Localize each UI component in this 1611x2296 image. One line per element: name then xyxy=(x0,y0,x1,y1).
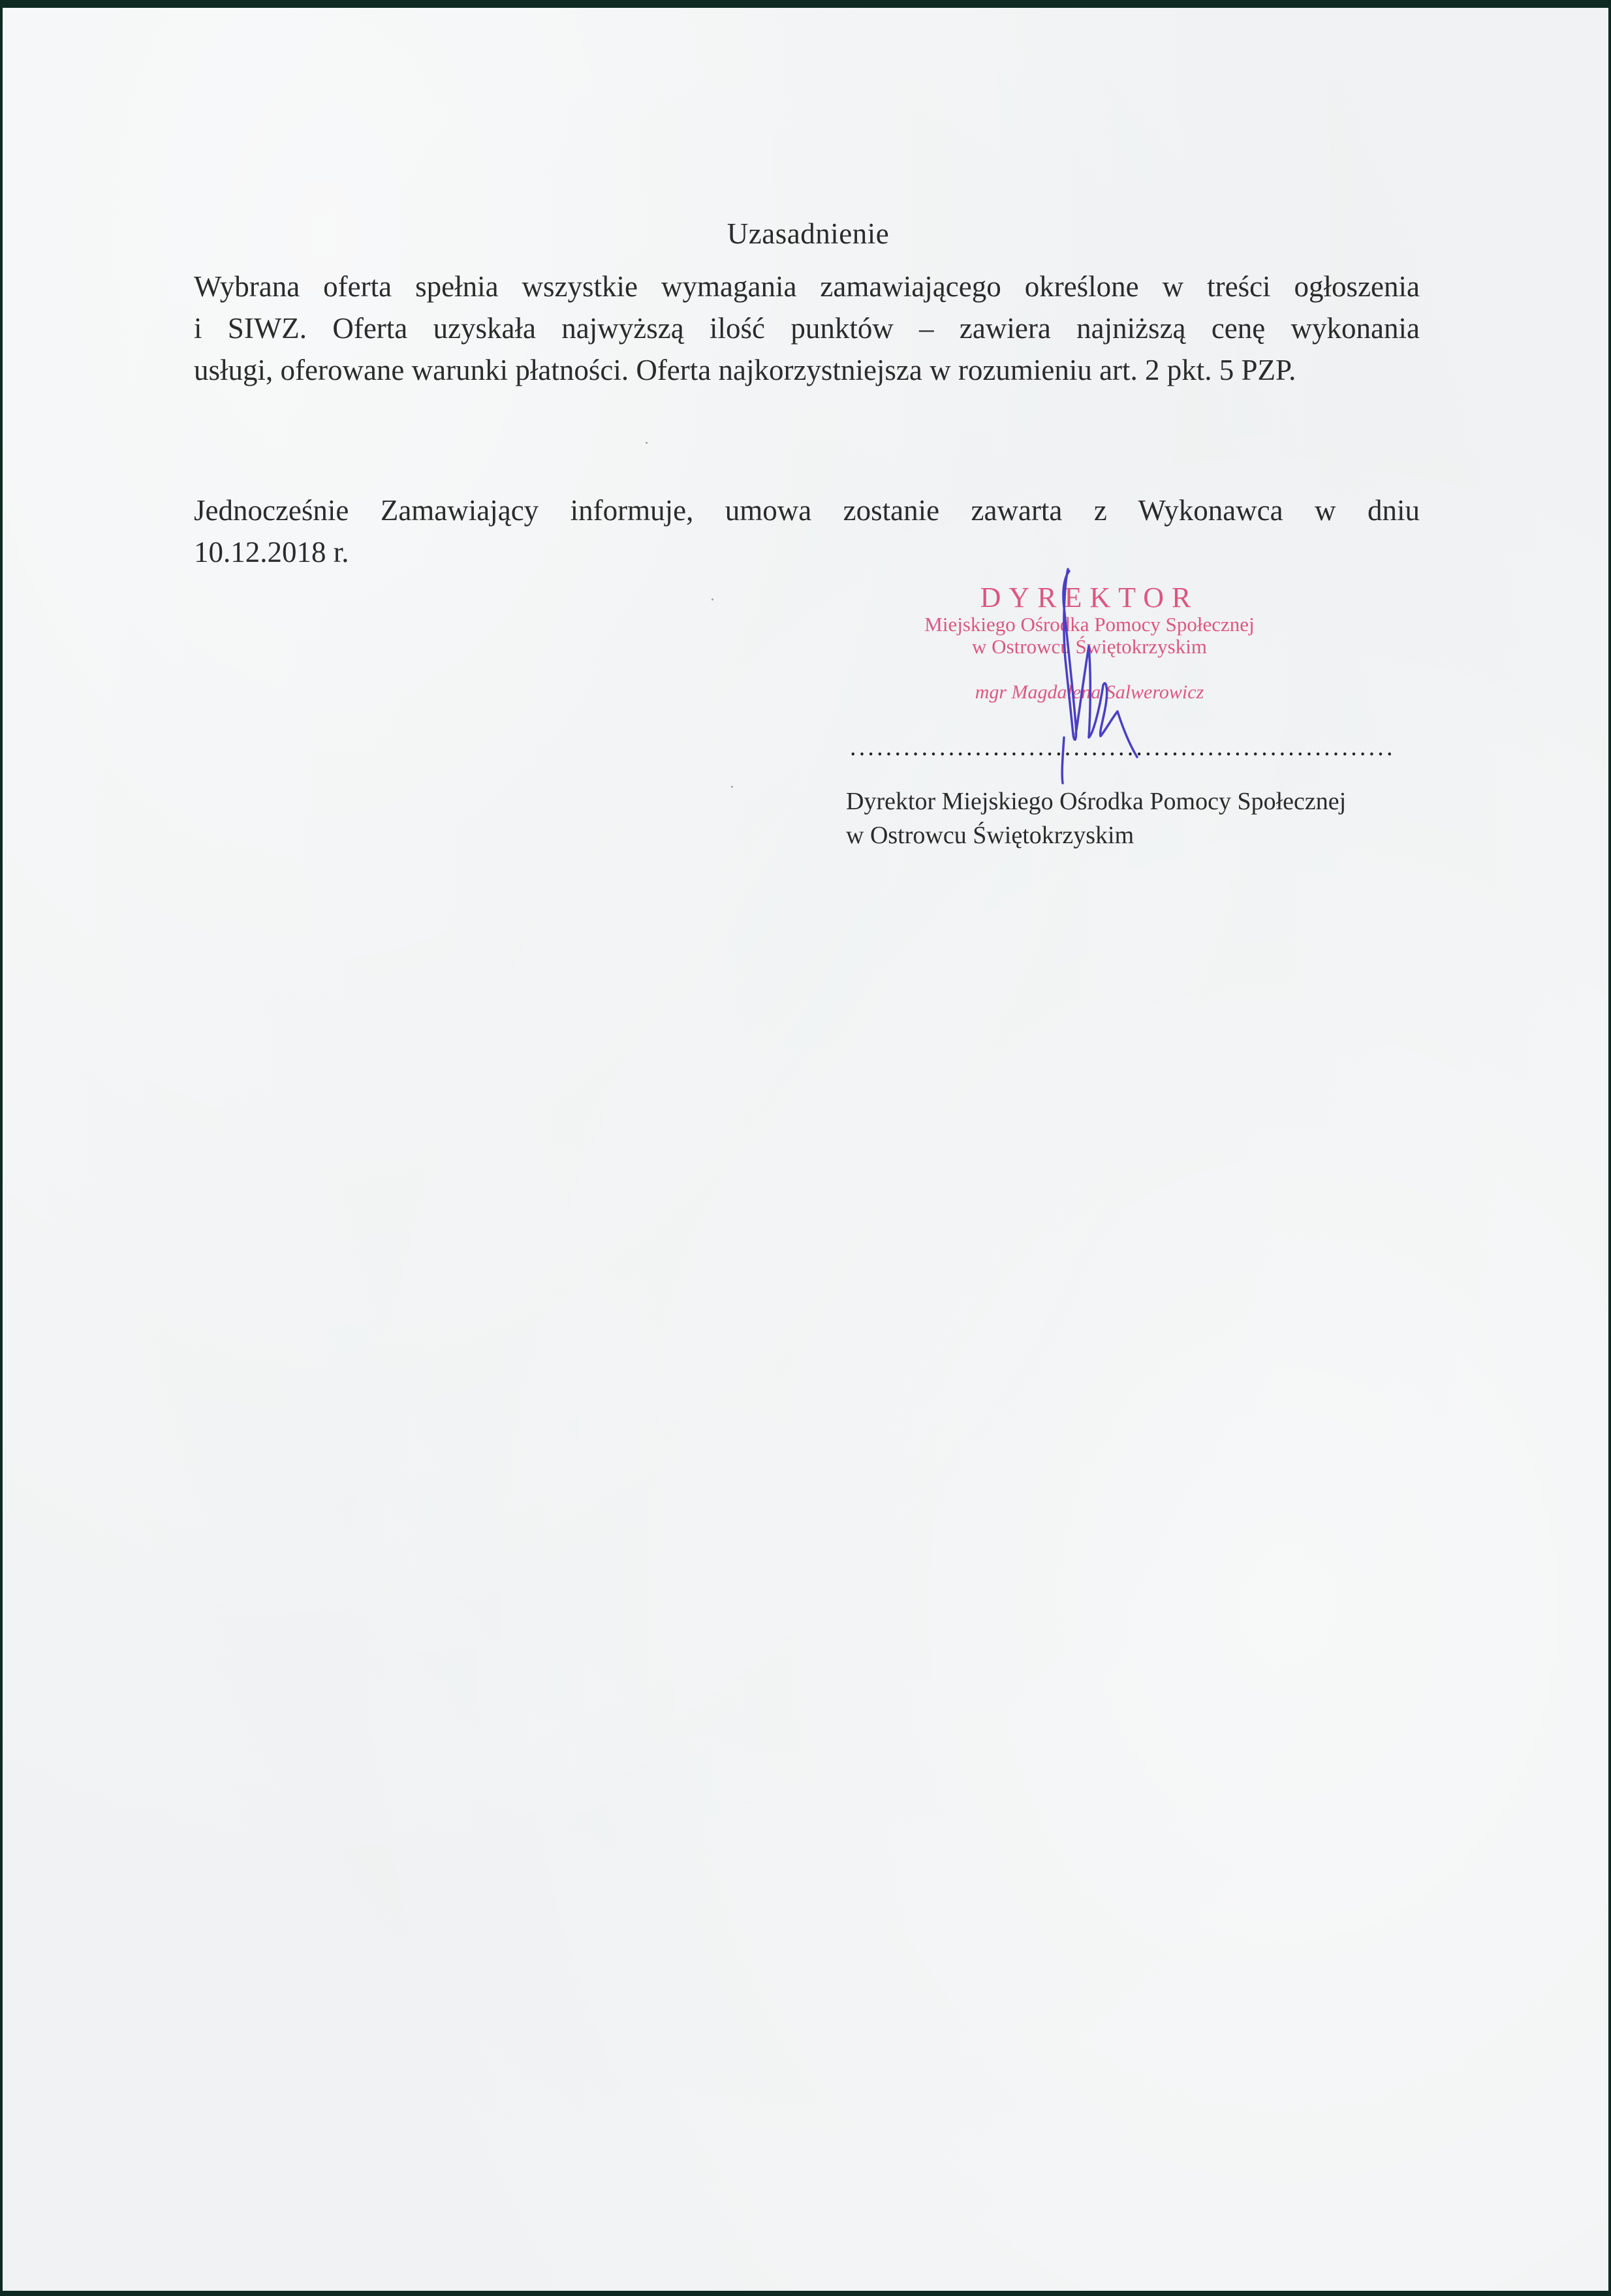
paragraph-line: Jednocześnie Zamawiający informuje, umow… xyxy=(194,489,1420,531)
signature-line: ........................................… xyxy=(850,737,1392,757)
stamp-institution: Miejskiego Ośrodka Pomocy Społecznej xyxy=(894,613,1285,636)
paragraph-line: 10.12.2018 r. xyxy=(194,531,1420,573)
contract-date-paragraph: Jednocześnie Zamawiający informuje, umow… xyxy=(194,489,1420,573)
stamp-name: mgr Magdalena Salwerowicz xyxy=(894,681,1285,704)
signature-caption-title: Dyrektor Miejskiego Ośrodka Pomocy Społe… xyxy=(846,784,1346,818)
document-heading: Uzasadnienie xyxy=(3,215,1611,252)
signature-caption: Dyrektor Miejskiego Ośrodka Pomocy Społe… xyxy=(846,784,1346,852)
official-stamp: DYREKTOR Miejskiego Ośrodka Pomocy Społe… xyxy=(894,582,1285,704)
scan-speck xyxy=(731,786,733,788)
paragraph-line: i SIWZ. Oferta uzyskała najwyższą ilość … xyxy=(194,307,1420,349)
stamp-title: DYREKTOR xyxy=(894,582,1285,613)
scan-speck xyxy=(712,598,713,600)
justification-paragraph: Wybrana oferta spełnia wszystkie wymagan… xyxy=(194,266,1420,391)
stamp-location: w Ostrowcu Świętokrzyskim xyxy=(894,636,1285,658)
paragraph-line: usługi, oferowane warunki płatności. Ofe… xyxy=(194,349,1420,391)
document-page: Uzasadnienie Wybrana oferta spełnia wszy… xyxy=(3,8,1608,2291)
scan-speck xyxy=(646,442,648,444)
paragraph-line: Wybrana oferta spełnia wszystkie wymagan… xyxy=(194,266,1420,307)
signature-caption-location: w Ostrowcu Świętokrzyskim xyxy=(846,818,1346,852)
